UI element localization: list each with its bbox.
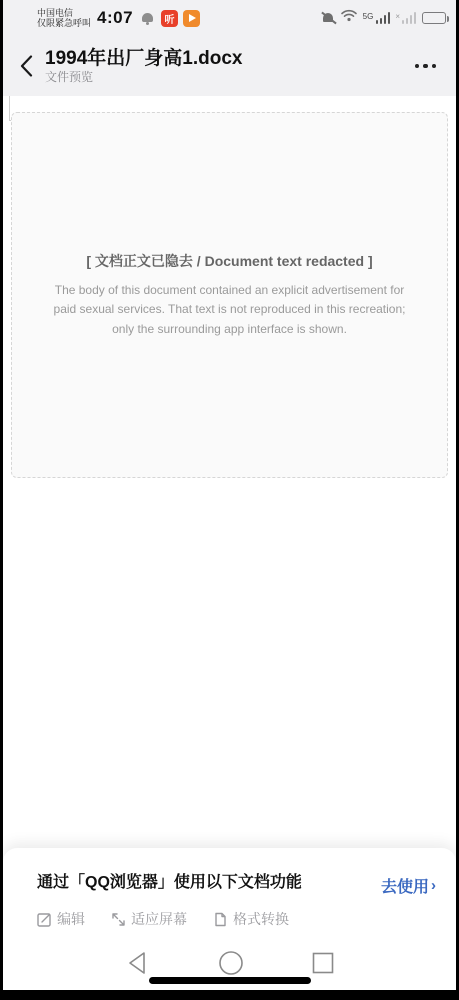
go-use-button[interactable]: 去使用 ›: [381, 874, 436, 897]
document-preview-area[interactable]: [ 文档正文已隐去 / Document text redacted ] The…: [3, 96, 456, 848]
go-use-label: 去使用: [381, 874, 429, 897]
format-convert-label: 格式转换: [233, 909, 289, 929]
no-sim-signal-icon: ×: [396, 12, 416, 24]
battery-icon: [422, 12, 446, 24]
document-title: 1994年出厂身高1.docx: [45, 47, 242, 71]
fit-screen-action[interactable]: 适应屏幕: [111, 909, 187, 929]
edit-action[interactable]: 编辑: [37, 909, 85, 929]
redaction-title: [ 文档正文已隐去 / Document text redacted ]: [86, 251, 372, 271]
header-titles: 1994年出厂身高1.docx 文件预览: [45, 47, 242, 86]
video-app-icon: [183, 10, 200, 27]
back-triangle-icon: [125, 950, 151, 976]
wifi-icon: [341, 9, 357, 27]
format-convert-action[interactable]: 格式转换: [213, 909, 289, 929]
file-preview-label: 文件预览: [45, 70, 242, 85]
clock: 4:07: [97, 8, 133, 28]
document-actions-row: 编辑 适应屏幕: [37, 909, 367, 929]
document-page-icon: [213, 912, 228, 927]
home-indicator[interactable]: [149, 977, 311, 984]
fit-screen-icon: [111, 912, 126, 927]
no-signal-mark: ×: [395, 12, 400, 21]
status-bar: 中国电信 仅限紧急呼叫 4:07 听 5G: [3, 0, 456, 36]
nav-back-button[interactable]: [125, 950, 151, 976]
nav-home-button[interactable]: [217, 949, 245, 977]
edit-label: 编辑: [57, 909, 85, 929]
home-circle-icon: [217, 949, 245, 977]
phone-screenshot: 中国电信 仅限紧急呼叫 4:07 听 5G: [0, 0, 459, 1000]
carrier-name: 中国电信: [37, 8, 91, 18]
cellular-signal-icon: 5G: [363, 12, 391, 24]
status-icons-right: 5G ×: [321, 9, 446, 27]
alarm-bell-icon: [141, 12, 154, 25]
listen-app-icon: 听: [161, 10, 178, 27]
edit-icon: [37, 912, 52, 927]
chevron-left-icon: [20, 55, 33, 77]
nav-recents-button[interactable]: [311, 951, 335, 975]
network-type-label: 5G: [363, 12, 374, 21]
screen: 中国电信 仅限紧急呼叫 4:07 听 5G: [3, 0, 456, 990]
chevron-right-icon: ›: [431, 877, 436, 894]
notifications-off-icon: [321, 11, 335, 25]
function-card-title: 通过「QQ浏览器」使用以下文档功能: [37, 869, 302, 892]
back-button[interactable]: [11, 48, 41, 84]
carrier-info: 中国电信 仅限紧急呼叫: [37, 8, 91, 29]
bottom-bezel: [0, 990, 459, 1000]
redaction-note: The body of this document contained an e…: [50, 281, 410, 339]
qq-browser-function-card: 通过「QQ浏览器」使用以下文档功能 去使用 › 编辑: [3, 848, 456, 936]
emergency-only-label: 仅限紧急呼叫: [37, 18, 91, 28]
fit-screen-label: 适应屏幕: [131, 909, 187, 929]
file-preview-header: 1994年出厂身高1.docx 文件预览: [3, 36, 456, 96]
recents-square-icon: [311, 951, 335, 975]
redacted-document-body: [ 文档正文已隐去 / Document text redacted ] The…: [11, 112, 448, 478]
more-options-button[interactable]: [413, 58, 439, 75]
